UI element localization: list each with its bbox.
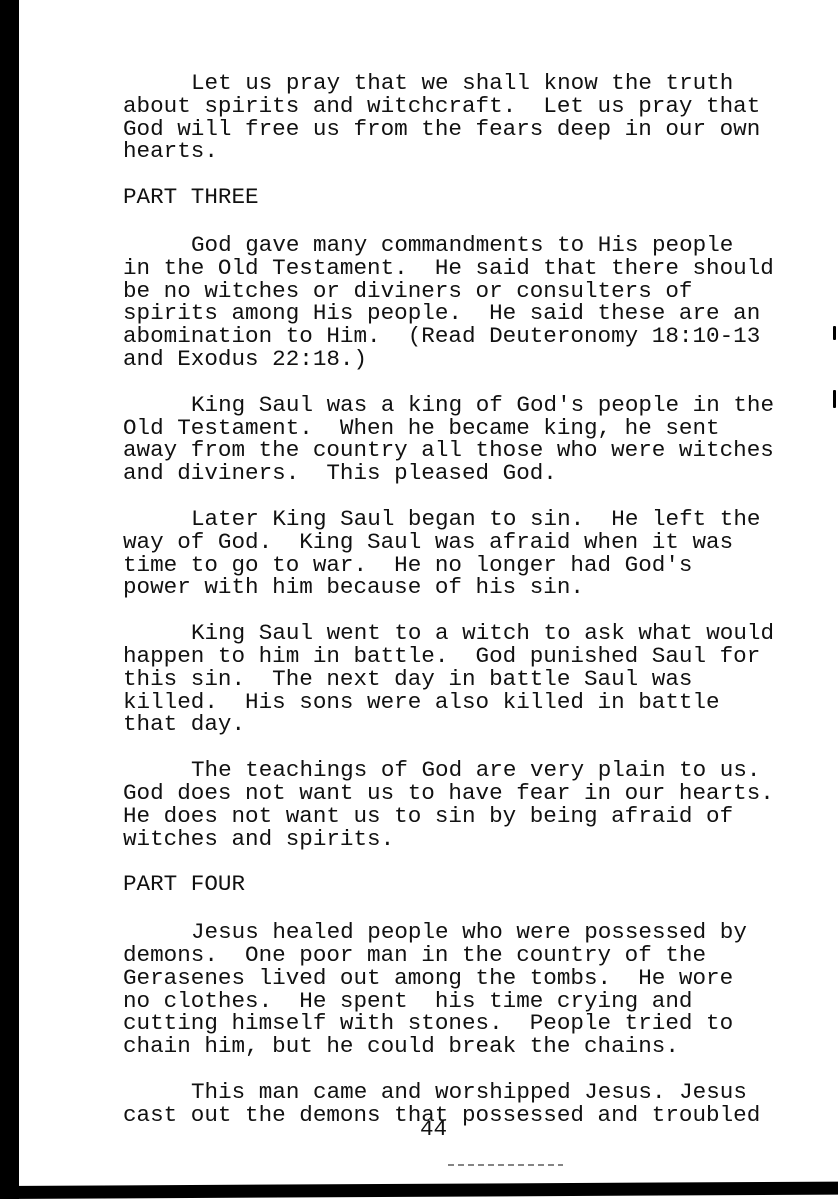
heading-text: PART FOUR: [123, 873, 823, 896]
text-line: King Saul went to a witch to ask what wo…: [123, 622, 823, 645]
text-line: in the Old Testament. He said that there…: [123, 257, 823, 280]
text-line: cutting himself with stones. People trie…: [123, 1012, 823, 1035]
text-line: Jesus healed people who were possessed b…: [123, 921, 823, 944]
text-line: This man came and worshipped Jesus. Jesu…: [123, 1081, 823, 1104]
paragraph: The teachings of God are very plain to u…: [123, 759, 823, 850]
text-line: this sin. The next day in battle Saul wa…: [123, 668, 823, 691]
text-line: happen to him in battle. God punished Sa…: [123, 645, 823, 668]
text-line: The teachings of God are very plain to u…: [123, 759, 823, 782]
section-heading: PART THREE: [123, 186, 823, 209]
text-line: no clothes. He spent his time crying and: [123, 990, 823, 1013]
paragraph: Jesus healed people who were possessed b…: [123, 921, 823, 1058]
text-line: hearts.: [123, 140, 823, 163]
text-line: Later King Saul began to sin. He left th…: [123, 508, 823, 531]
margin-mark: [833, 390, 836, 408]
document-page: Let us pray that we shall know the truth…: [123, 72, 823, 1149]
text-line: King Saul was a king of God's people in …: [123, 394, 823, 417]
text-line: away from the country all those who were…: [123, 439, 823, 462]
text-line: time to go to war. He no longer had God'…: [123, 554, 823, 577]
text-line: He does not want us to sin by being afra…: [123, 805, 823, 828]
text-line: power with him because of his sin.: [123, 576, 823, 599]
text-line: God does not want us to have fear in our…: [123, 782, 823, 805]
text-line: and diviners. This pleased God.: [123, 462, 823, 485]
paragraph: Later King Saul began to sin. He left th…: [123, 508, 823, 599]
text-line: God will free us from the fears deep in …: [123, 118, 823, 141]
text-line: spirits among His people. He said these …: [123, 302, 823, 325]
text-line: Old Testament. When he became king, he s…: [123, 417, 823, 440]
heading-text: PART THREE: [123, 186, 823, 209]
paragraph: King Saul went to a witch to ask what wo…: [123, 622, 823, 736]
text-line: witches and spirits.: [123, 828, 823, 851]
text-line: about spirits and witchcraft. Let us pra…: [123, 95, 823, 118]
paragraph: This man came and worshipped Jesus. Jesu…: [123, 1081, 823, 1127]
text-line: abomination to Him. (Read Deuteronomy 18…: [123, 325, 823, 348]
text-line: chain him, but he could break the chains…: [123, 1035, 823, 1058]
section-heading: PART FOUR: [123, 873, 823, 896]
scan-bottom-border: [0, 1182, 838, 1199]
text-line: killed. His sons were also killed in bat…: [123, 691, 823, 714]
paragraph: King Saul was a king of God's people in …: [123, 394, 823, 485]
margin-mark: [833, 326, 836, 340]
text-line: that day.: [123, 713, 823, 736]
text-line: be no witches or diviners or consulters …: [123, 280, 823, 303]
scan-left-border: [0, 0, 19, 1199]
text-line: demons. One poor man in the country of t…: [123, 944, 823, 967]
text-line: and Exodus 22:18.): [123, 348, 823, 371]
paragraph: God gave many commandments to His people…: [123, 234, 823, 371]
page-number: 44: [420, 1118, 460, 1141]
text-line: way of God. King Saul was afraid when it…: [123, 531, 823, 554]
text-line: Let us pray that we shall know the truth: [123, 72, 823, 95]
text-line: God gave many commandments to His people: [123, 234, 823, 257]
text-line: cast out the demons that possessed and t…: [123, 1104, 823, 1127]
text-line: Gerasenes lived out among the tombs. He …: [123, 967, 823, 990]
scan-artifact: [448, 1164, 563, 1166]
paragraph: Let us pray that we shall know the truth…: [123, 72, 823, 163]
